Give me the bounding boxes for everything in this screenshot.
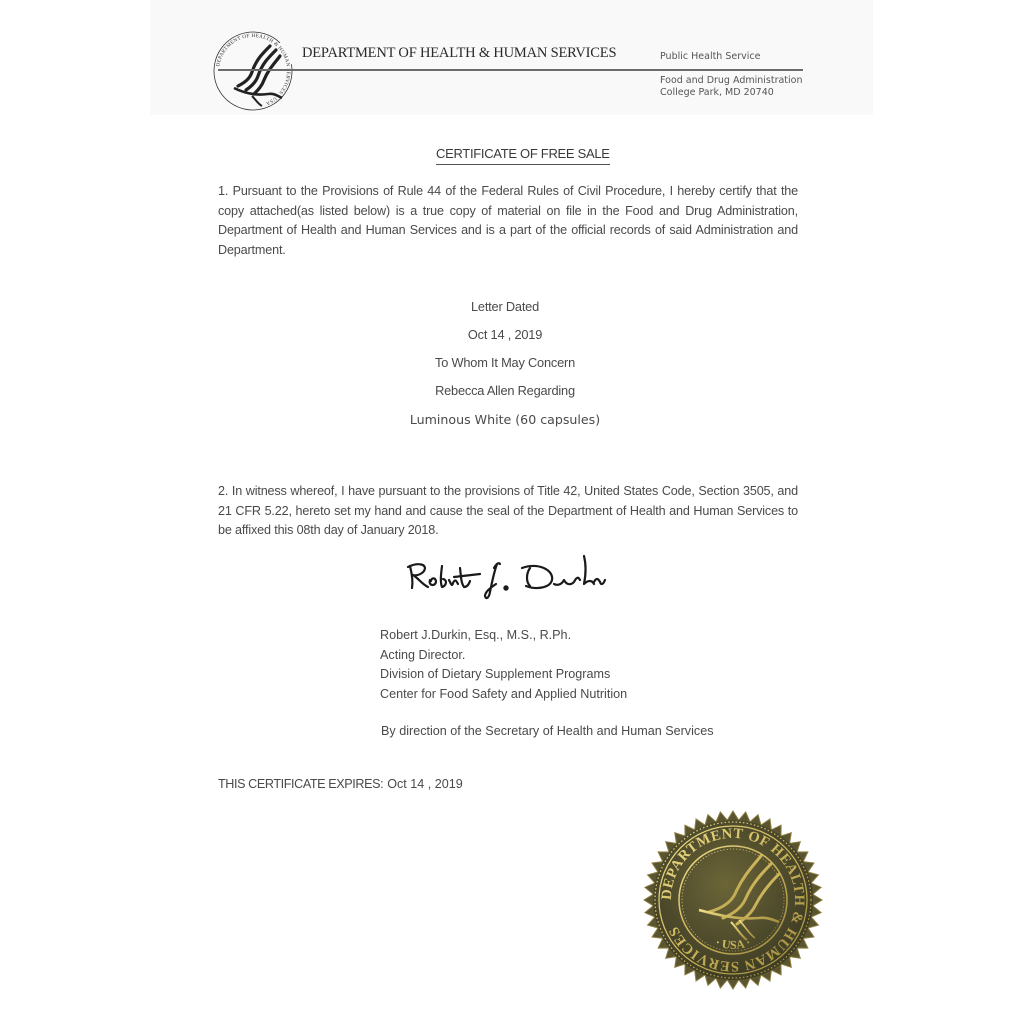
letter-dated-label: Letter Dated — [380, 297, 630, 325]
certification-paragraph: 1. Pursuant to the Provisions of Rule 44… — [218, 182, 798, 260]
letterhead-rule — [218, 69, 803, 71]
expiry-line: THIS CERTIFICATE EXPIRES:Oct 14 , 2019 — [218, 777, 463, 791]
gold-seal-icon: DEPARTMENT OF HEALTH & HUMAN SERVICES · … — [643, 810, 823, 990]
witness-paragraph: 2. In witness whereof, I have pursuant t… — [218, 482, 798, 541]
hhs-eagle-logo-icon: DEPARTMENT OF HEALTH & HUMAN SERVICES · … — [212, 30, 294, 112]
signatory-division: Division of Dietary Supplement Programs — [380, 665, 627, 685]
product-name: Luminous White (60 capsules) — [380, 410, 630, 438]
agency-name: Food and Drug Administration — [660, 75, 803, 87]
certificate-title: CERTIFICATE OF FREE SALE — [436, 146, 610, 165]
agency-city: College Park, MD 20740 — [660, 87, 803, 99]
letter-details: Letter Dated Oct 14 , 2019 To Whom It Ma… — [380, 297, 630, 438]
signatory-name: Robert J.Durkin, Esq., M.S., R.Ph. — [380, 626, 627, 646]
letter-date: Oct 14 , 2019 — [380, 325, 630, 353]
agency-address: Food and Drug Administration College Par… — [660, 75, 803, 99]
signatory-block: Robert J.Durkin, Esq., M.S., R.Ph. Actin… — [380, 626, 627, 704]
department-name: DEPARTMENT OF HEALTH & HUMAN SERVICES — [302, 45, 616, 62]
letter-regarding: Rebecca Allen Regarding — [380, 381, 630, 409]
expiry-date: Oct 14 , 2019 — [387, 777, 463, 791]
signatory-position: Acting Director. — [380, 646, 627, 666]
expiry-label: THIS CERTIFICATE EXPIRES: — [218, 777, 383, 791]
service-name: Public Health Service — [660, 51, 760, 62]
letter-salutation: To Whom It May Concern — [380, 353, 630, 381]
signatory-center: Center for Food Safety and Applied Nutri… — [380, 685, 627, 705]
by-direction-line: By direction of the Secretary of Health … — [381, 724, 714, 738]
handwritten-signature: Robert J. Durkin — [398, 550, 610, 602]
